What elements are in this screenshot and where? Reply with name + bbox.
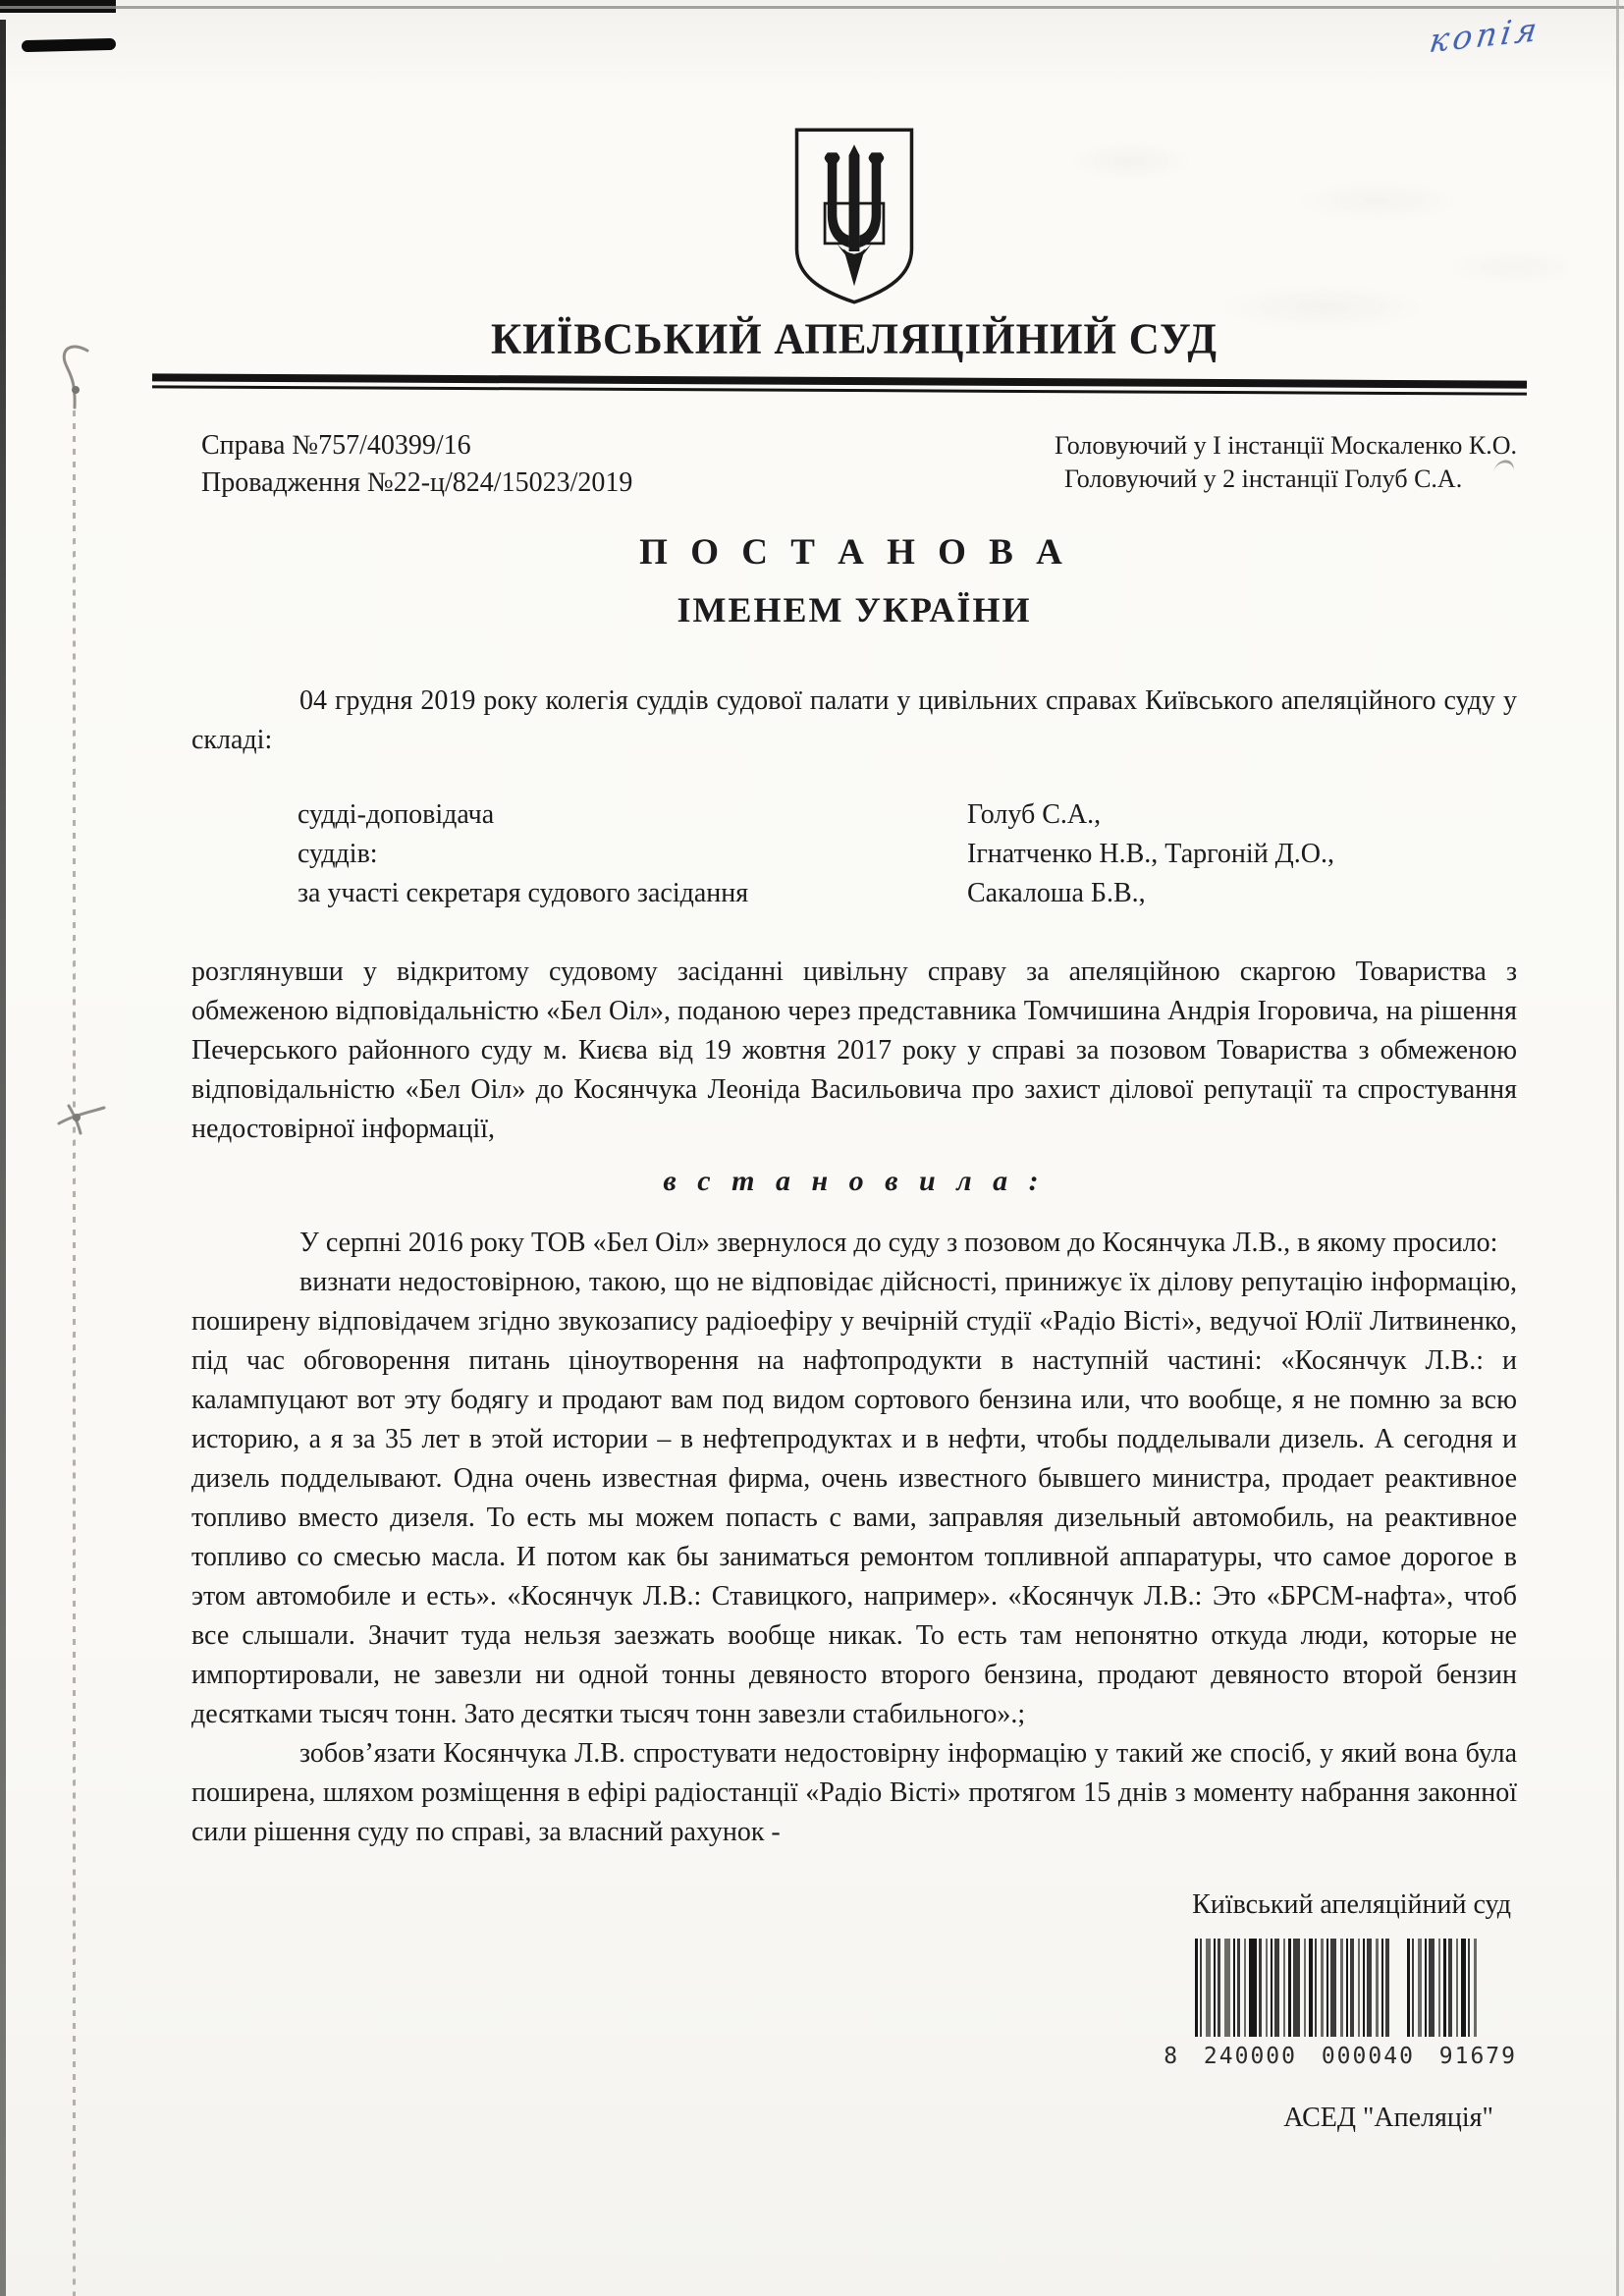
court-composition: судді-доповідача Голуб С.А., суддів: Ігн… (191, 795, 1517, 913)
scan-left-edge (0, 20, 6, 2296)
binding-thread-knot (51, 1098, 110, 1142)
composition-row: за участі секретаря судового засідання С… (191, 874, 1517, 913)
document-title: П О С Т А Н О В А ІМЕНЕМ УКРАЇНИ (191, 531, 1517, 630)
composition-names: Голуб С.А., (967, 795, 1517, 835)
composition-row: суддів: Ігнатченко Н.В., Таргоній Д.О., (191, 835, 1517, 874)
composition-role: за участі секретаря судового засідання (191, 874, 967, 913)
composition-row: судді-доповідача Голуб С.А., (191, 795, 1517, 835)
footer-system-label: АСЕД "Апеляція" (191, 2103, 1517, 2134)
considering-paragraph: розглянувши у відкритому судовому засіда… (191, 953, 1517, 1149)
presiding-first-instance: Головуючий у І інстанції Москаленко К.О. (1055, 429, 1517, 463)
redaction-marker-bar (22, 38, 116, 52)
composition-names: Ігнатченко Н.В., Таргоній Д.О., (967, 835, 1517, 874)
case-info-section: Справа №757/40399/16 Провадження №22-ц/8… (191, 427, 1517, 502)
composition-names: Сакалоша Б.В., (967, 874, 1517, 913)
case-numbers: Справа №757/40399/16 Провадження №22-ц/8… (191, 427, 632, 502)
case-number: Справа №757/40399/16 (201, 427, 632, 465)
title-postanova: П О С Т А Н О В А (191, 531, 1517, 574)
scan-right-edge (1616, 0, 1619, 2296)
document-content: КИЇВСЬКИЙ АПЕЛЯЦІЙНИЙ СУД Справа №757/40… (191, 0, 1517, 2134)
intro-paragraph: 04 грудня 2019 року колегія суддів судов… (191, 682, 1517, 760)
paragraph-claim-refute: зобов’язати Косянчука Л.В. спростувати н… (191, 1734, 1517, 1852)
court-name-title: КИЇВСЬКИЙ АПЕЛЯЦІЙНИЙ СУД (191, 314, 1517, 364)
barcode-icon (1193, 1939, 1488, 2037)
established-heading: в с т а н о в и л а : (191, 1165, 1517, 1198)
composition-role: суддів: (191, 835, 967, 874)
document-header: КИЇВСЬКИЙ АПЕЛЯЦІЙНИЙ СУД (191, 0, 1517, 392)
barcode-digits: 8 240000 000040 91679 (1164, 2044, 1517, 2069)
composition-role: судді-доповідача (191, 795, 967, 835)
paragraph-claim-recognize: визнати недостовірною, такою, що не відп… (191, 1263, 1517, 1734)
title-imenem-ukrainy: ІМЕНЕМ УКРАЇНИ (191, 589, 1517, 630)
presiding-judges: Головуючий у І інстанції Москаленко К.О.… (1055, 427, 1517, 502)
paragraph-lawsuit-filed: У серпні 2016 року ТОВ «Бел Оіл» звернул… (191, 1224, 1517, 1263)
binding-thread (73, 410, 76, 2296)
proceeding-number: Провадження №22-ц/824/15023/2019 (201, 465, 632, 502)
scanned-court-document-page: копія КИЇВСЬКИЙ АПЕЛЯЦІЙНИЙ СУД (0, 0, 1624, 2296)
document-body: У серпні 2016 року ТОВ «Бел Оіл» звернул… (191, 1224, 1517, 1852)
header-divider-rule (152, 373, 1527, 395)
barcode-block: 8 240000 000040 91679 (1164, 1939, 1517, 2069)
ukraine-trident-emblem-icon (787, 126, 921, 311)
document-footer: Київський апеляційний суд 8 240000 00004… (191, 1889, 1517, 2134)
binding-thread-hook (54, 339, 93, 422)
footer-court-name: Київський апеляційний суд (191, 1889, 1517, 1921)
presiding-second-instance: Головуючий у 2 інстанції Голуб С.А. (1055, 463, 1517, 496)
